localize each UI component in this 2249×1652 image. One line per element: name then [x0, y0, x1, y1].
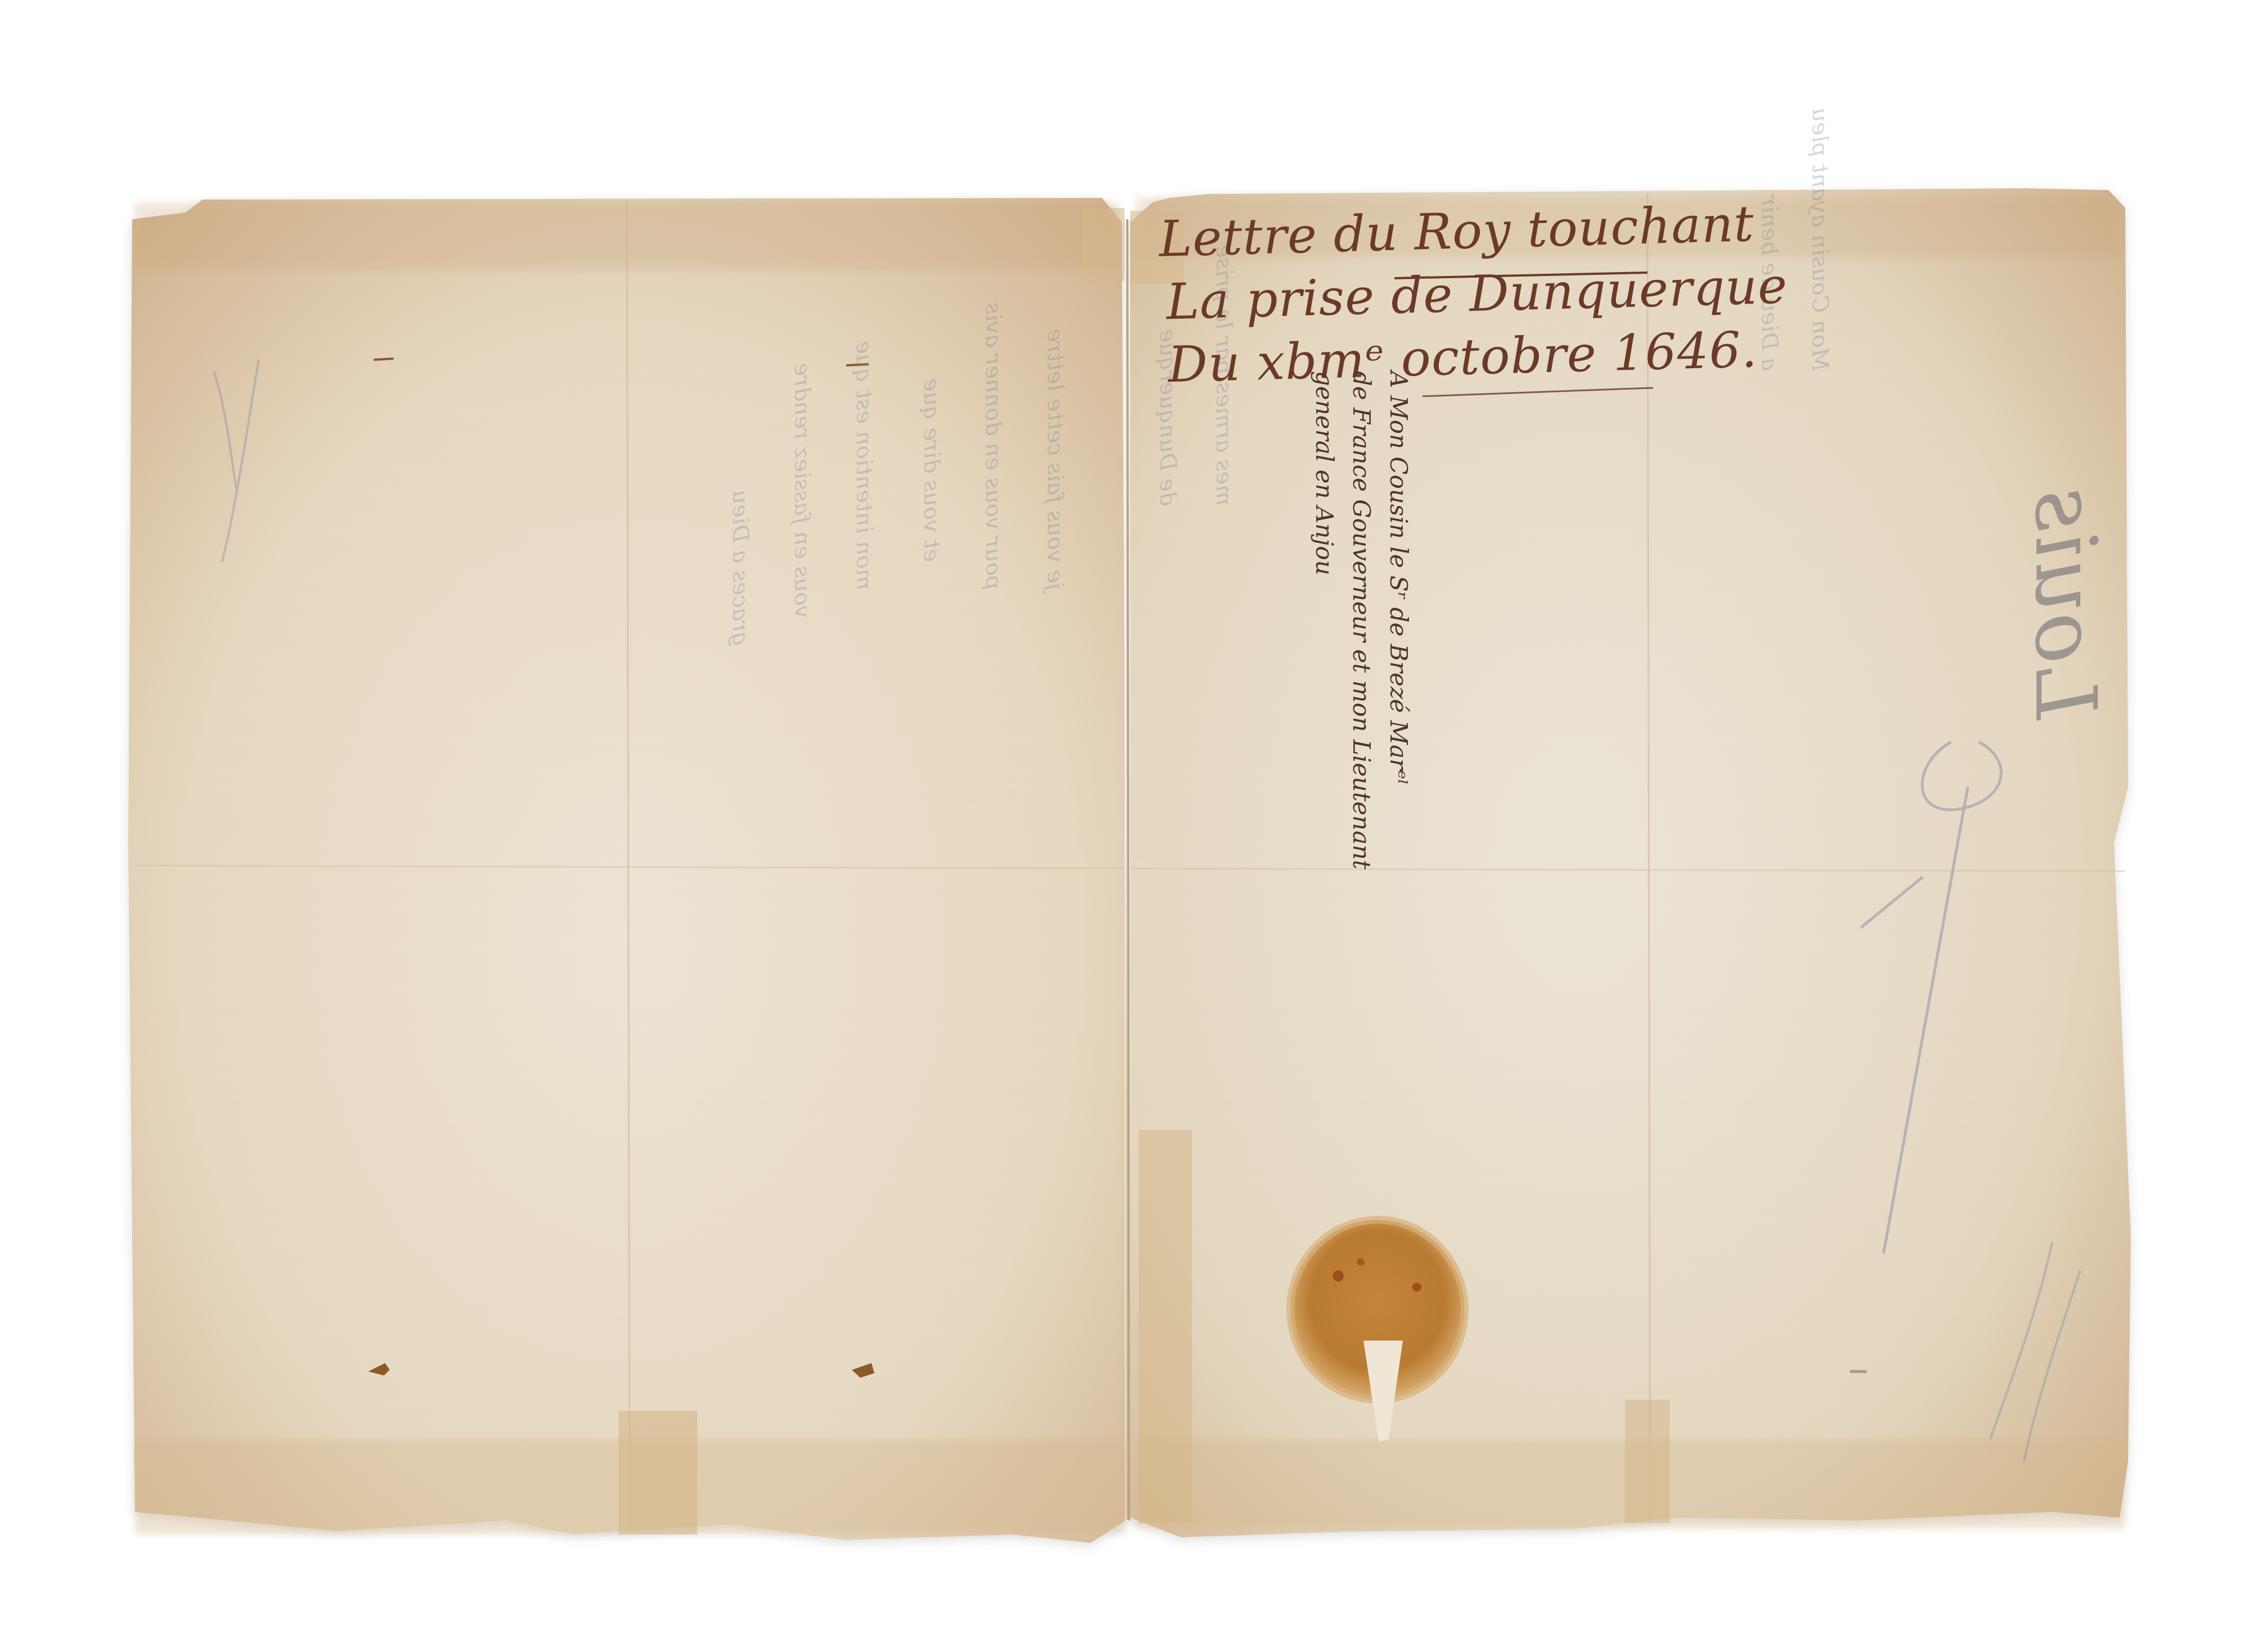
- address-line-2: de France Gouverneur et mon Lieutenant: [1343, 371, 1380, 870]
- show-through-text-line: vous en fassiez rendre: [789, 363, 815, 618]
- tape-repair: [1082, 208, 1124, 281]
- letter-address: A Mon Cousin le Sʳ de Brezé Marᵉˡ de Fra…: [1306, 371, 1417, 870]
- show-through-text-line: et vous dire que: [919, 378, 945, 562]
- tape-repair: [618, 1411, 697, 1535]
- address-line-3: general en Anjou: [1306, 371, 1343, 870]
- tape-repair: [1625, 1400, 1670, 1523]
- show-through-text-line: je vous fais cette lettre: [1042, 329, 1068, 590]
- show-through-text-line: pour vous en donner avis: [981, 302, 1006, 590]
- show-through-text-line: Mon Cousin ayant pleu: [1807, 108, 1833, 371]
- show-through-text-line: mon intention est que: [851, 341, 877, 590]
- show-through-signature: Louis: [2016, 488, 2114, 719]
- document-photo: Mon Cousin ayant pleu a Dieu de benir me…: [0, 0, 2249, 1652]
- show-through-text-line: graces a Dieu: [728, 490, 753, 646]
- tape-repair: [1139, 1130, 1192, 1523]
- slit-hole: [374, 359, 394, 360]
- address-line-1: A Mon Cousin le Sʳ de Brezé Marᵉˡ: [1380, 371, 1417, 870]
- paper-sheet: [0, 0, 2249, 1652]
